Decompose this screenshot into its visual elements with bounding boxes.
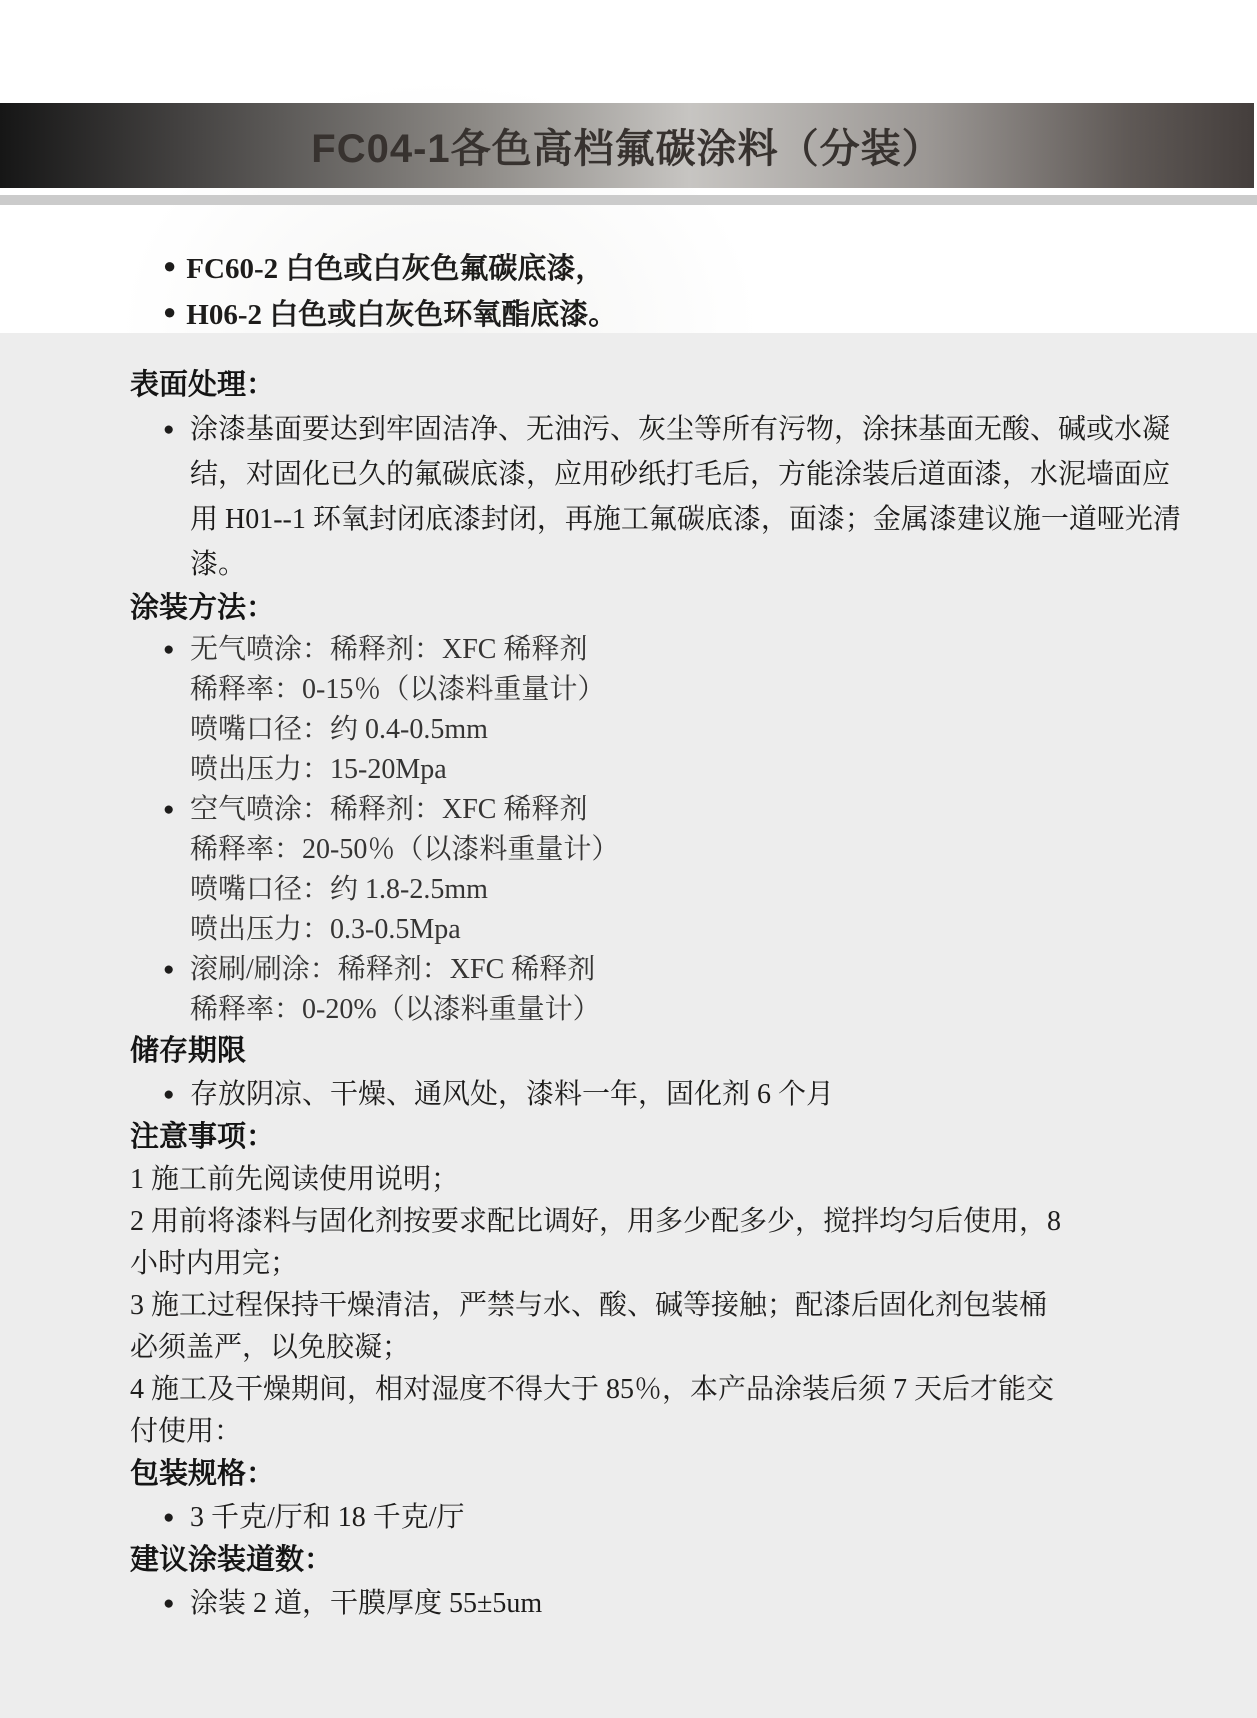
text-line: 漆。 [190,542,1217,587]
note-paragraph: 3 施工过程保持干燥清洁，严禁与水、酸、碱等接触；配漆后固化剂包装桶必须盖严，以… [130,1285,1217,1369]
text-line: 必须盖严，以免胶凝； [130,1327,1217,1369]
header-divider-strip [0,195,1257,205]
bullet-lines: 滚刷/刷涂：稀释剂：XFC 稀释剂稀释率：0-20%（以漆料重量计） [190,950,1217,1030]
page-title: FC04-1各色高档氟碳涂料（分装） [311,117,942,174]
list-item-text: FC60-2 白色或白灰色氟碳底漆， [186,246,604,287]
bullet-lines: 3 千克/厅和 18 千克/厅 [190,1496,1217,1539]
bullet-icon: ● [163,1073,190,1116]
bullet-icon: ● [163,790,190,950]
bullet-lines: 空气喷涂：稀释剂：XFC 稀释剂稀释率：20-50％（以漆料重量计）喷嘴口径：约… [190,790,1217,950]
header-bar: FC04-1各色高档氟碳涂料（分装） [0,103,1254,188]
text-line: 4 施工及干燥期间，相对湿度不得大于 85％，本产品涂装后须 7 天后才能交 [130,1369,1217,1411]
text-line: 存放阴凉、干燥、通风处，漆料一年，固化剂 6 个月 [190,1073,1217,1116]
bullet-icon: ● [163,301,176,323]
section-heading: 涂装方法： [130,587,1217,630]
content-panel: 表面处理：●涂漆基面要达到牢固洁净、无油污、灰尘等所有污物，涂抹基面无酸、碱或水… [0,333,1257,1718]
text-line: 喷嘴口径：约 0.4-0.5mm [190,710,1217,750]
text-line: 3 施工过程保持干燥清洁，严禁与水、酸、碱等接触；配漆后固化剂包装桶 [130,1285,1217,1327]
bullet-item: ●滚刷/刷涂：稀释剂：XFC 稀释剂稀释率：0-20%（以漆料重量计） [163,950,1217,1030]
bullet-icon: ● [163,255,176,277]
document-page: FC04-1各色高档氟碳涂料（分装） ●FC60-2 白色或白灰色氟碳底漆，●H… [0,0,1257,1718]
bullet-lines: 存放阴凉、干燥、通风处，漆料一年，固化剂 6 个月 [190,1073,1217,1116]
text-line: 滚刷/刷涂：稀释剂：XFC 稀释剂 [190,950,1217,990]
list-item: ●FC60-2 白色或白灰色氟碳底漆， [163,243,617,289]
text-line: 结，对固化已久的氟碳底漆，应用砂纸打毛后，方能涂装后道面漆，水泥墙面应 [190,452,1217,497]
bullet-icon: ● [163,1496,190,1539]
bullet-icon: ● [163,407,190,587]
note-paragraph: 1 施工前先阅读使用说明； [130,1159,1217,1201]
bullet-lines: 涂漆基面要达到牢固洁净、无油污、灰尘等所有污物，涂抹基面无酸、碱或水凝结，对固化… [190,407,1217,587]
text-line: 稀释率：0-20%（以漆料重量计） [190,990,1217,1030]
bullet-lines: 涂装 2 道，干膜厚度 55±5um [190,1582,1217,1625]
bullet-item: ●无气喷涂：稀释剂：XFC 稀释剂稀释率：0-15％（以漆料重量计）喷嘴口径：约… [163,630,1217,790]
text-line: 小时内用完； [130,1243,1217,1285]
text-line: 喷嘴口径：约 1.8-2.5mm [190,870,1217,910]
text-line: 喷出压力：0.3-0.5Mpa [190,910,1217,950]
text-line: 用 H01--1 环氧封闭底漆封闭，再施工氟碳底漆，面漆；金属漆建议施一道哑光清 [190,497,1217,542]
primer-list: ●FC60-2 白色或白灰色氟碳底漆，●H06-2 白色或白灰色环氧酯底漆。 [163,243,617,335]
bullet-item: ●空气喷涂：稀释剂：XFC 稀释剂稀释率：20-50％（以漆料重量计）喷嘴口径：… [163,790,1217,950]
bullet-item: ●涂装 2 道，干膜厚度 55±5um [163,1582,1217,1625]
text-line: 3 千克/厅和 18 千克/厅 [190,1496,1217,1539]
bullet-icon: ● [163,630,190,790]
list-item: ●H06-2 白色或白灰色环氧酯底漆。 [163,289,617,335]
text-line: 喷出压力：15-20Mpa [190,750,1217,790]
section-heading: 注意事项： [130,1116,1217,1159]
content-blocks: 表面处理：●涂漆基面要达到牢固洁净、无油污、灰尘等所有污物，涂抹基面无酸、碱或水… [0,333,1257,1625]
bullet-icon: ● [163,950,190,1030]
text-line: 1 施工前先阅读使用说明； [130,1159,1217,1201]
bullet-item: ●存放阴凉、干燥、通风处，漆料一年，固化剂 6 个月 [163,1073,1217,1116]
section-heading: 表面处理： [130,364,1217,407]
text-line: 稀释率：20-50％（以漆料重量计） [190,830,1217,870]
bullet-item: ●涂漆基面要达到牢固洁净、无油污、灰尘等所有污物，涂抹基面无酸、碱或水凝结，对固… [163,407,1217,587]
section-heading: 包装规格： [130,1453,1217,1496]
bullet-icon: ● [163,1582,190,1625]
bullet-lines: 无气喷涂：稀释剂：XFC 稀释剂稀释率：0-15％（以漆料重量计）喷嘴口径：约 … [190,630,1217,790]
bullet-item: ●3 千克/厅和 18 千克/厅 [163,1496,1217,1539]
note-paragraph: 4 施工及干燥期间，相对湿度不得大于 85％，本产品涂装后须 7 天后才能交付使… [130,1369,1217,1453]
text-line: 稀释率：0-15％（以漆料重量计） [190,670,1217,710]
text-line: 涂装 2 道，干膜厚度 55±5um [190,1582,1217,1625]
section-heading: 储存期限 [130,1030,1217,1073]
list-item-text: H06-2 白色或白灰色环氧酯底漆。 [186,292,617,333]
note-paragraph: 2 用前将漆料与固化剂按要求配比调好，用多少配多少，搅拌均匀后使用，8小时内用完… [130,1201,1217,1285]
text-line: 2 用前将漆料与固化剂按要求配比调好，用多少配多少，搅拌均匀后使用，8 [130,1201,1217,1243]
section-heading: 建议涂装道数： [130,1539,1217,1582]
text-line: 无气喷涂：稀释剂：XFC 稀释剂 [190,630,1217,670]
text-line: 涂漆基面要达到牢固洁净、无油污、灰尘等所有污物，涂抹基面无酸、碱或水凝 [190,407,1217,452]
text-line: 付使用： [130,1411,1217,1453]
text-line: 空气喷涂：稀释剂：XFC 稀释剂 [190,790,1217,830]
